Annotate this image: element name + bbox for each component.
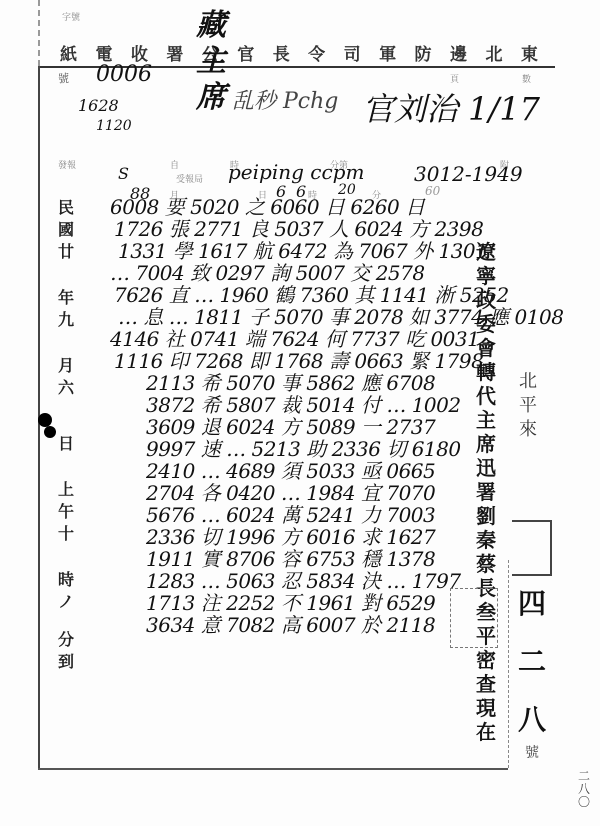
- date-char: 十: [58, 526, 74, 542]
- date-char: 到: [58, 654, 74, 670]
- code-line: 2336 切 1996 方 6016 求 1627: [110, 526, 470, 548]
- title-char: 官: [237, 40, 256, 65]
- date-char: 國: [58, 222, 74, 238]
- date-char: 時: [58, 572, 74, 588]
- code-line: 3609 退 6024 方 5089 一 2737: [110, 416, 470, 438]
- title-char: 署: [166, 40, 185, 65]
- binding-hole-mark: [38, 413, 52, 427]
- official-signature: 官刘治 1/17: [362, 84, 540, 130]
- field-station: peiping ccpm: [228, 160, 364, 184]
- code-line: … 7004 致 0297 詢 5007 交 2578: [110, 262, 470, 284]
- message-char: 轉: [476, 360, 496, 384]
- page-number: 二八〇: [576, 770, 592, 809]
- date-char: 上: [58, 482, 74, 498]
- title-char: 防: [415, 40, 434, 65]
- message-char: 現: [476, 696, 496, 720]
- date-char: 廿: [58, 244, 74, 260]
- code-line: 4146 社 0741 端 7624 何 7737 吃 0031: [110, 328, 470, 350]
- origin-char: 北: [519, 370, 537, 394]
- date-char: 午: [58, 504, 74, 520]
- code-line: 2410 … 4689 須 5033 亟 0665: [110, 460, 470, 482]
- handwritten-number-2: 1120: [96, 118, 132, 134]
- date-char: 民: [58, 200, 74, 216]
- code-line: 9997 速 … 5213 助 2336 切 6180: [110, 438, 470, 460]
- message-char: 密: [476, 648, 496, 672]
- message-char: 遼: [476, 240, 496, 264]
- date-char: 九: [58, 312, 74, 328]
- seal-stamp: [450, 588, 498, 648]
- date-char: 月: [58, 358, 74, 374]
- message-char: 迅: [476, 456, 496, 480]
- code-line: 3872 希 5807 裁 5014 付 … 1002: [110, 394, 470, 416]
- code-line: 1116 印 7268 即 1768 壽 0663 緊 1798: [110, 350, 470, 372]
- binding-hole-mark: [44, 426, 56, 438]
- serial-suffix: 號: [525, 742, 539, 762]
- code-line: 7626 直 … 1960 鶴 7360 其 1141 淅 5252: [110, 284, 470, 306]
- title-char: 軍: [379, 40, 398, 65]
- message-char: 在: [476, 720, 496, 744]
- serial-char: 八: [518, 691, 546, 749]
- message-char: 劉: [476, 504, 496, 528]
- message-char: 主: [476, 408, 496, 432]
- title-char: 司: [344, 40, 363, 65]
- form-label-from: 自: [170, 158, 179, 171]
- decoded-message-column: 遼寧政委會轉代主席迅署劉秦蔡長叁平密查現在: [472, 240, 500, 744]
- title-char: 東: [521, 40, 540, 65]
- date-char: 六: [58, 380, 74, 396]
- serial-number-column: 四二八: [512, 575, 552, 749]
- origin-char: 來: [519, 418, 537, 442]
- code-line: 1726 張 2771 良 5037 人 6024 方 2398: [110, 218, 470, 240]
- serial-char: 二: [518, 633, 546, 691]
- message-char: 秦: [476, 528, 496, 552]
- field-telegram-number: 3012-1949: [414, 162, 523, 186]
- code-line: 2113 希 5070 事 5862 應 6708: [110, 372, 470, 394]
- title-char: 令: [308, 40, 327, 65]
- page-number-char: 〇: [578, 796, 590, 809]
- frame-left-dashed-edge: [38, 0, 40, 66]
- origin-char: 平: [519, 394, 537, 418]
- form-label-send: 發報: [58, 158, 76, 171]
- message-char: 席: [476, 432, 496, 456]
- field-s-mark: S: [118, 164, 129, 183]
- seal-stamp: [512, 520, 552, 576]
- title-char: 北: [485, 40, 504, 65]
- code-line: 1283 … 5063 忍 5834 決 … 1797: [110, 570, 470, 592]
- title-char: 長: [273, 40, 292, 65]
- code-line: 1911 實 8706 容 6753 穩 1378: [110, 548, 470, 570]
- message-char: 署: [476, 480, 496, 504]
- code-label: 號: [58, 70, 69, 86]
- message-char: 查: [476, 672, 496, 696]
- handwritten-number-1: 1628: [78, 96, 119, 115]
- code-line: 5676 … 6024 萬 5241 力 7003: [110, 504, 470, 526]
- corner-label: 字號: [62, 10, 80, 23]
- code-line: 1331 學 1617 航 6472 為 7067 外 1301: [110, 240, 470, 262]
- code-line: 3634 意 7082 高 6007 於 2118: [110, 614, 470, 636]
- frame-right-dashed-edge: [508, 560, 509, 768]
- message-char: 蔡: [476, 552, 496, 576]
- handwritten-stamp-chars: 藏 主 席: [196, 8, 236, 116]
- message-char: 代: [476, 384, 496, 408]
- code-line: 1713 注 2252 不 1961 對 6529: [110, 592, 470, 614]
- message-char: 寧: [476, 264, 496, 288]
- title-char: 紙: [60, 40, 79, 65]
- handwritten-serial: 0006: [96, 62, 152, 87]
- serial-char: 四: [518, 575, 546, 633]
- date-char: 分: [58, 632, 74, 648]
- message-char: 政: [476, 288, 496, 312]
- origin-column: 北平來: [515, 370, 541, 442]
- code-line: 2704 各 0420 … 1984 宜 7070: [110, 482, 470, 504]
- telegram-code-body: 6008 要 5020 之 6060 日 6260 日1726 張 2771 良…: [110, 196, 470, 636]
- title-char: 邊: [450, 40, 469, 65]
- received-date-column: 民國廿年九月六日上午十時ノ分到: [54, 200, 78, 676]
- code-line: 6008 要 5020 之 6060 日 6260 日: [110, 196, 470, 218]
- message-char: 會: [476, 336, 496, 360]
- form-label-received-station: 受報局: [176, 172, 203, 185]
- message-char: 委: [476, 312, 496, 336]
- code-line: … 息 … 1811 子 5070 事 2078 如 3774 應 0108: [110, 306, 470, 328]
- bottom-rule: [38, 768, 508, 770]
- date-char: ノ: [58, 594, 74, 610]
- date-char: 年: [58, 290, 74, 306]
- date-char: 日: [58, 436, 74, 452]
- handwritten-word: 乱秒 Pchg: [232, 84, 338, 115]
